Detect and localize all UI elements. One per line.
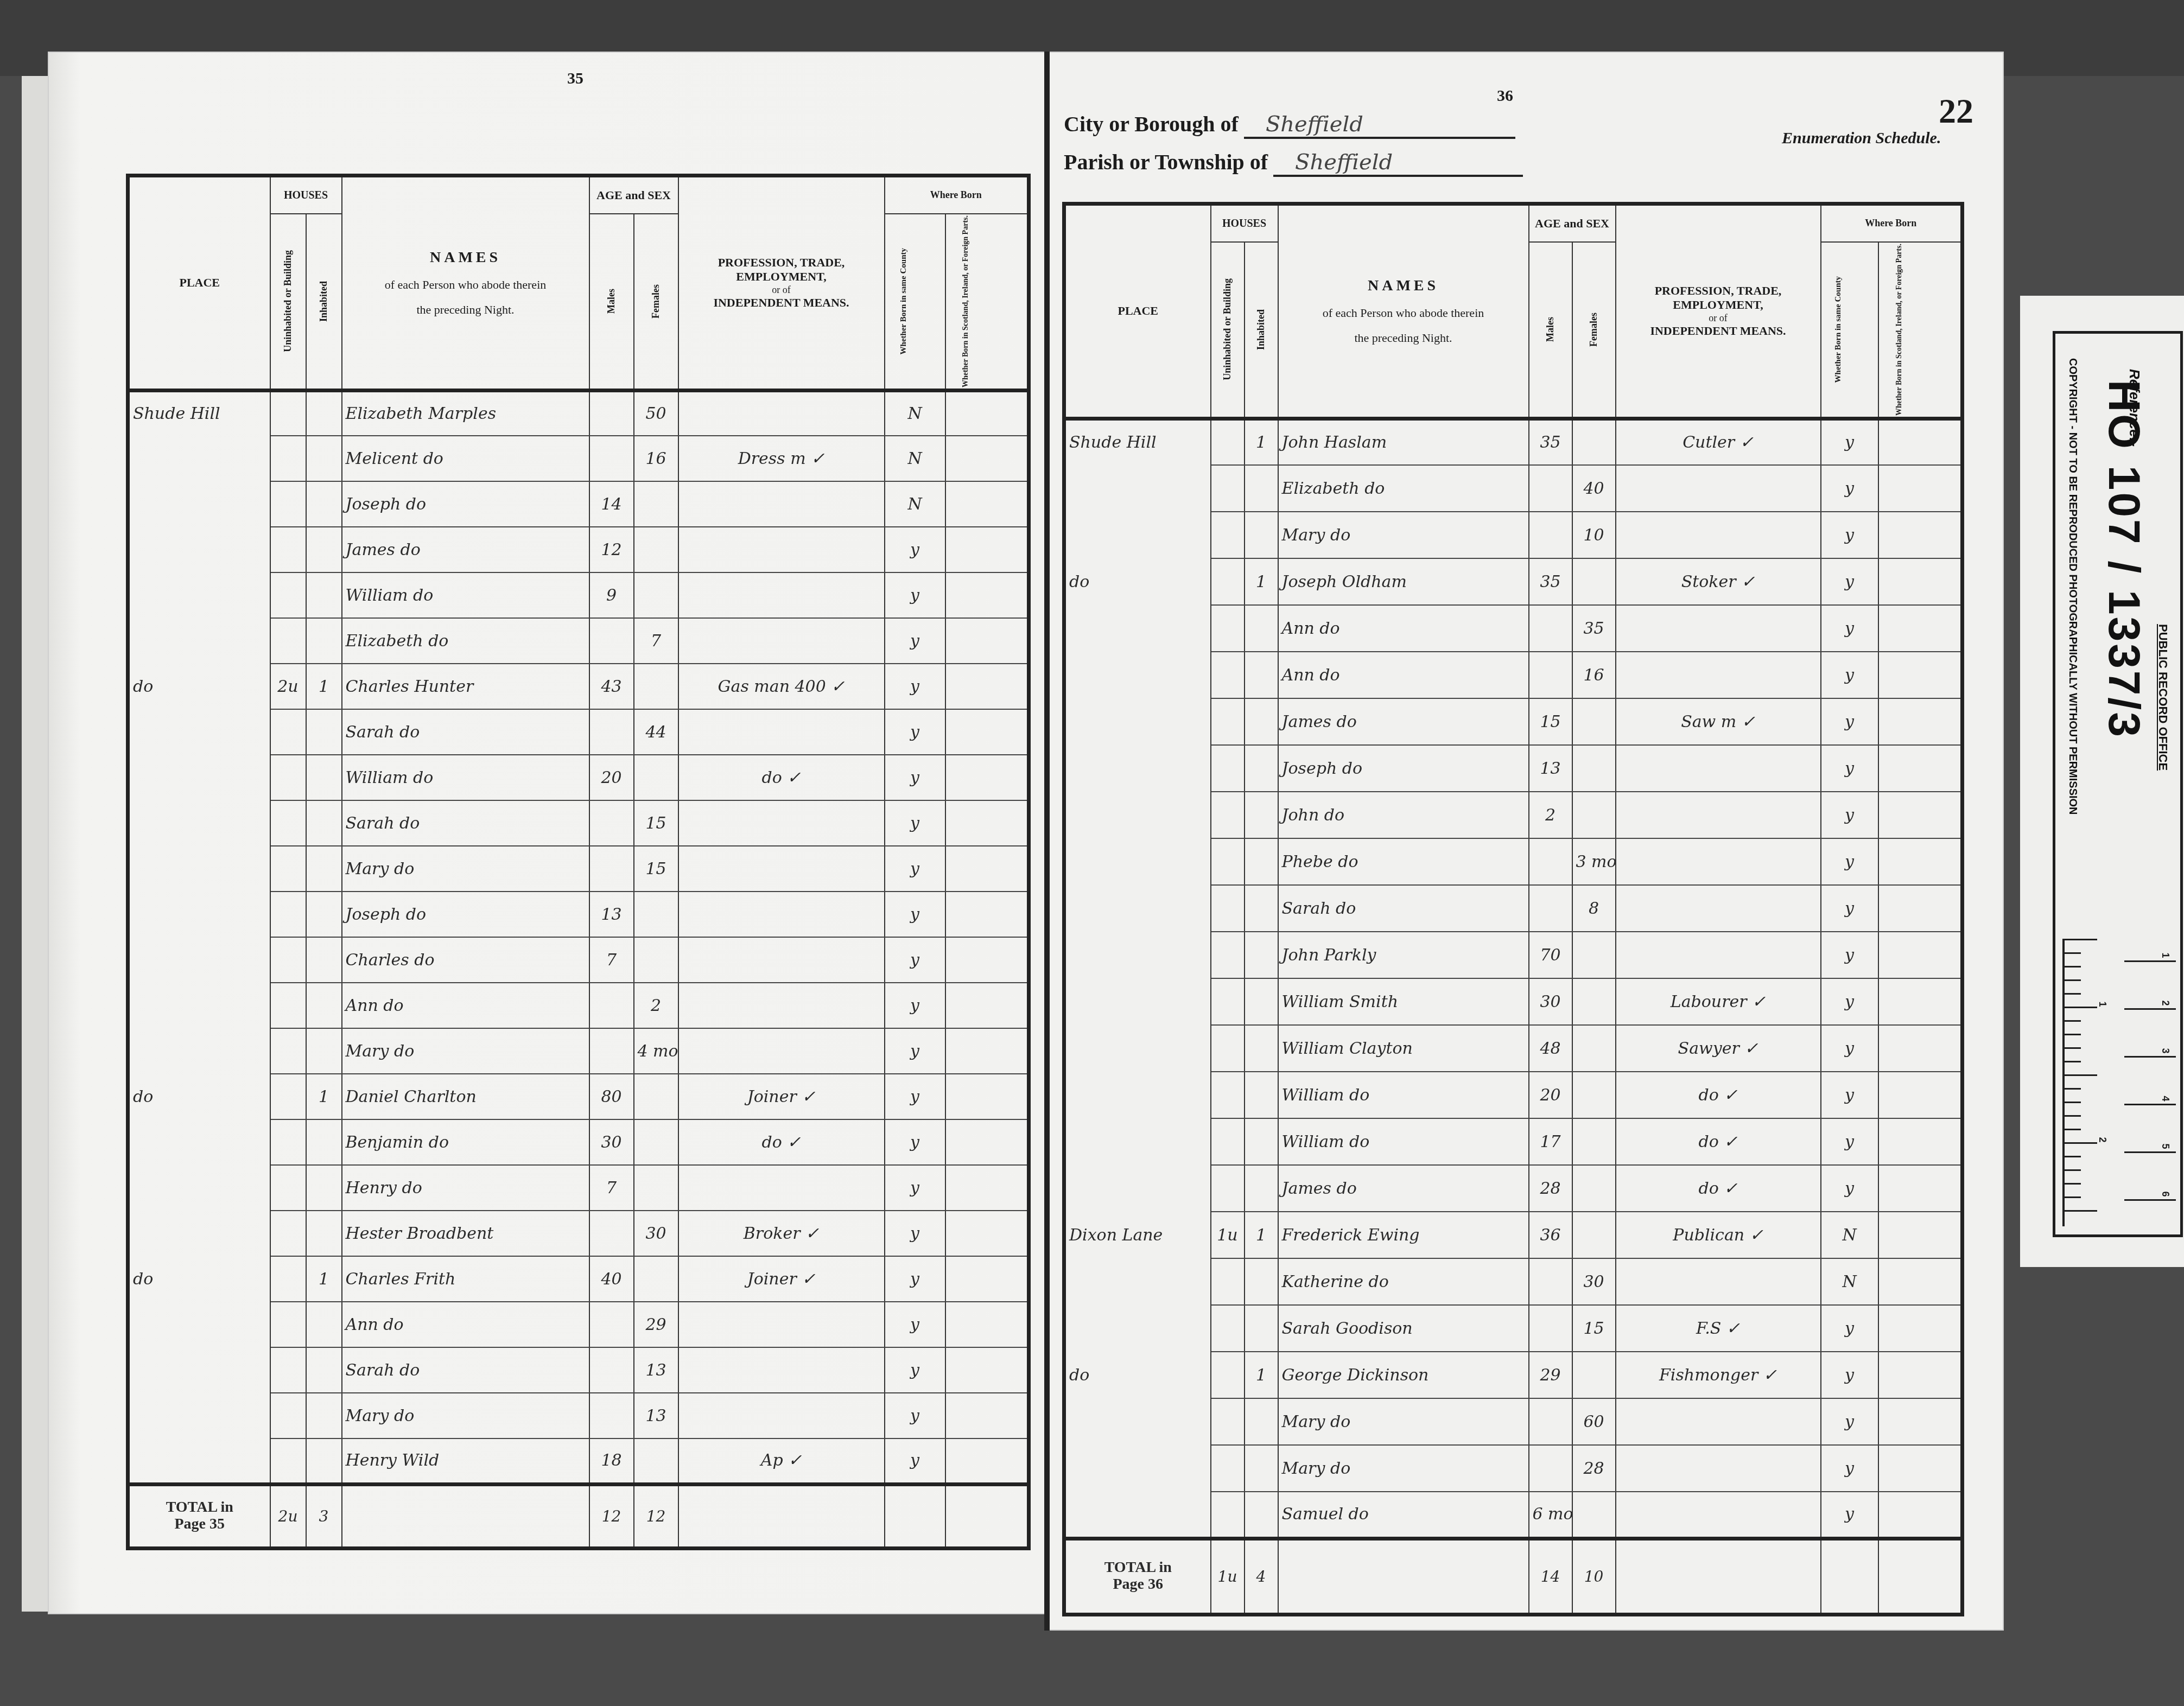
cell-place <box>1064 698 1211 745</box>
cell-place <box>1064 1072 1211 1118</box>
ruler-tick <box>2065 966 2081 967</box>
cell-female <box>634 1119 678 1165</box>
cell-male <box>589 846 634 892</box>
cell-born-abroad <box>945 1165 1029 1211</box>
ruler-cm-label: 5 <box>2160 1143 2171 1149</box>
page-number-left: 35 <box>567 69 583 88</box>
schedule-label: Enumeration Schedule. <box>1782 129 1941 148</box>
cell-uninhabited: 2u <box>270 664 306 709</box>
total-born-abroad-blank <box>945 1484 1029 1548</box>
cell-male: 36 <box>1529 1212 1572 1258</box>
cell-uninhabited <box>1211 465 1245 512</box>
cell-profession: Saw m ✓ <box>1616 698 1821 745</box>
cell-place <box>128 709 270 755</box>
cell-place <box>1064 792 1211 838</box>
cell-profession: Labourer ✓ <box>1616 978 1821 1025</box>
cell-name: Sarah Goodison <box>1278 1305 1529 1352</box>
cell-female <box>634 1074 678 1119</box>
cell-born-county: y <box>885 755 945 800</box>
cell-born-county: y <box>885 1028 945 1074</box>
cell-inhabited <box>306 1302 342 1347</box>
cell-born-abroad <box>1878 1258 1963 1305</box>
cell-profession <box>678 709 885 755</box>
cell-female: 30 <box>634 1211 678 1256</box>
scotland-label: Whether Born in Scotland, Ireland, or Fo… <box>962 215 1011 387</box>
city-borough-line: City or Borough of Sheffield <box>1064 111 1515 139</box>
census-row: Mary do15y <box>128 846 1029 892</box>
cell-male: 28 <box>1529 1165 1572 1212</box>
females-label: Females <box>1588 313 1600 347</box>
header-scotland: Whether Born in Scotland, Ireland, or Fo… <box>945 214 1029 391</box>
cell-place: do <box>128 1256 270 1302</box>
cell-uninhabited <box>1211 1492 1245 1538</box>
cell-inhabited: 1 <box>1245 1352 1278 1398</box>
cell-born-county: y <box>885 1393 945 1438</box>
cell-place <box>1064 1398 1211 1445</box>
cell-male <box>589 1393 634 1438</box>
census-row: Joseph do13y <box>1064 745 1963 792</box>
cell-name: Phebe do <box>1278 838 1529 885</box>
cell-profession: Dress m ✓ <box>678 436 885 481</box>
cell-profession: Joiner ✓ <box>678 1256 885 1302</box>
total-males: 14 <box>1529 1538 1572 1614</box>
cell-inhabited <box>306 937 342 983</box>
total-uninhabited: 2u <box>270 1484 306 1548</box>
total-females: 10 <box>1572 1538 1616 1614</box>
cell-born-abroad <box>1878 1445 1963 1492</box>
header-inhabited: Inhabited <box>306 214 342 391</box>
cell-female: 50 <box>634 390 678 436</box>
cell-name: Henry Wild <box>342 1438 589 1484</box>
ruler-tick <box>2065 1210 2097 1212</box>
cell-place: do <box>128 664 270 709</box>
city-value: Sheffield <box>1244 112 1515 139</box>
same-county-label: Whether Born in same County <box>1833 276 1866 383</box>
cell-born-county: y <box>1821 558 1878 605</box>
cell-female: 40 <box>1572 465 1616 512</box>
census-row: James do12y <box>128 527 1029 572</box>
cell-uninhabited <box>1211 698 1245 745</box>
cell-male: 15 <box>1529 698 1572 745</box>
cell-male: 35 <box>1529 558 1572 605</box>
ruler-tick <box>2065 1142 2097 1144</box>
cell-inhabited <box>1245 1492 1278 1538</box>
ruler-cm-line <box>2124 960 2176 962</box>
cell-born-abroad <box>1878 1212 1963 1258</box>
cell-place <box>1064 838 1211 885</box>
cell-place <box>128 572 270 618</box>
cell-name: Charles Frith <box>342 1256 589 1302</box>
cell-born-abroad <box>1878 978 1963 1025</box>
cell-born-abroad <box>1878 698 1963 745</box>
total-inhabited: 3 <box>306 1484 342 1548</box>
census-row: William do17do ✓y <box>1064 1118 1963 1165</box>
total-uninhabited: 1u <box>1211 1538 1245 1614</box>
cell-uninhabited <box>1211 1352 1245 1398</box>
cell-male <box>589 800 634 846</box>
cell-born-county: y <box>885 664 945 709</box>
cell-male <box>1529 512 1572 558</box>
names-sub1: of each Person who abode therein <box>1280 306 1527 320</box>
census-row: do2u1Charles Hunter43Gas man 400 ✓y <box>128 664 1029 709</box>
cell-born-county: y <box>885 1347 945 1393</box>
cell-uninhabited <box>270 846 306 892</box>
header-males: Males <box>589 214 634 391</box>
record-office-label: PUBLIC RECORD OFFICE <box>2156 624 2170 771</box>
cell-inhabited <box>1245 512 1278 558</box>
cell-male <box>1529 885 1572 932</box>
cell-uninhabited <box>1211 1445 1245 1492</box>
cell-place <box>1064 932 1211 978</box>
cell-female: 16 <box>1572 652 1616 698</box>
cell-profession <box>678 937 885 983</box>
cell-uninhabited <box>270 572 306 618</box>
uninhabited-label: Uninhabited or Building <box>1222 278 1234 380</box>
profession-h1: PROFESSION, TRADE, <box>680 256 883 270</box>
cell-inhabited <box>1245 1445 1278 1492</box>
profession-h4: INDEPENDENT MEANS. <box>1617 324 1819 338</box>
cell-place <box>128 436 270 481</box>
inhabited-label: Inhabited <box>318 281 330 322</box>
cell-profession: do ✓ <box>1616 1165 1821 1212</box>
header-profession: PROFESSION, TRADE, EMPLOYMENT, or of IND… <box>678 176 885 391</box>
cell-female <box>1572 698 1616 745</box>
cell-born-county: y <box>885 1165 945 1211</box>
cell-place <box>1064 1492 1211 1538</box>
cell-female <box>1572 978 1616 1025</box>
cell-born-abroad <box>1878 932 1963 978</box>
cell-name: John Parkly <box>1278 932 1529 978</box>
ruler-tick <box>2065 1169 2081 1171</box>
cell-profession <box>1616 1258 1821 1305</box>
cell-born-abroad <box>945 800 1029 846</box>
cell-born-county: N <box>885 436 945 481</box>
total-inhabited: 4 <box>1245 1538 1278 1614</box>
cell-profession: Gas man 400 ✓ <box>678 664 885 709</box>
cell-name: Hester Broadbent <box>342 1211 589 1256</box>
cell-name: Mary do <box>342 846 589 892</box>
cell-name: Sarah do <box>342 709 589 755</box>
cell-name: Mary do <box>342 1393 589 1438</box>
cell-profession <box>678 846 885 892</box>
header-uninhabited: Uninhabited or Building <box>1211 242 1245 419</box>
total-row: TOTAL inPage 361u41410 <box>1064 1538 1963 1614</box>
cell-born-abroad <box>945 1074 1029 1119</box>
cell-female <box>1572 792 1616 838</box>
cell-name: Ann do <box>342 1302 589 1347</box>
cell-female: 30 <box>1572 1258 1616 1305</box>
census-table-right: PLACE HOUSES NAMES of each Person who ab… <box>1062 202 1964 1616</box>
cell-female <box>1572 1165 1616 1212</box>
cell-born-abroad <box>1878 745 1963 792</box>
cell-profession <box>1616 605 1821 652</box>
cell-place <box>128 1028 270 1074</box>
cell-profession <box>678 1028 885 1074</box>
cell-profession <box>678 800 885 846</box>
cell-born-abroad <box>1878 1305 1963 1352</box>
cell-name: Charles do <box>342 937 589 983</box>
cell-male <box>1529 1398 1572 1445</box>
cell-uninhabited <box>1211 418 1245 465</box>
ruler-tick <box>2065 979 2081 981</box>
cell-uninhabited <box>1211 512 1245 558</box>
cell-inhabited: 1 <box>1245 1212 1278 1258</box>
cell-inhabited <box>306 755 342 800</box>
cell-profession: Broker ✓ <box>678 1211 885 1256</box>
cell-female: 10 <box>1572 512 1616 558</box>
census-row: William Clayton48Sawyer ✓y <box>1064 1025 1963 1072</box>
cell-inhabited <box>306 1393 342 1438</box>
cell-profession <box>678 481 885 527</box>
total-label-line2: Page 35 <box>133 1516 266 1533</box>
cell-place <box>128 1119 270 1165</box>
cell-male: 12 <box>589 527 634 572</box>
cell-born-county: y <box>1821 698 1878 745</box>
census-row: do1George Dickinson29Fishmonger ✓y <box>1064 1352 1963 1398</box>
cell-born-abroad <box>945 892 1029 937</box>
cell-uninhabited <box>270 937 306 983</box>
cell-uninhabited <box>1211 1398 1245 1445</box>
ruler-tick <box>2065 1183 2081 1185</box>
cell-female <box>634 664 678 709</box>
census-row: Mary do10y <box>1064 512 1963 558</box>
ruler-cm-label: 4 <box>2160 1096 2171 1101</box>
cell-female <box>1572 558 1616 605</box>
cell-born-county: y <box>1821 932 1878 978</box>
total-label: TOTAL inPage 36 <box>1064 1538 1211 1614</box>
cell-name: Melicent do <box>342 436 589 481</box>
cell-profession <box>1616 652 1821 698</box>
cell-born-abroad <box>945 1119 1029 1165</box>
cell-male <box>589 390 634 436</box>
scotland-label: Whether Born in Scotland, Ireland, or Fo… <box>1895 244 1944 416</box>
cell-inhabited <box>1245 605 1278 652</box>
cell-inhabited <box>306 481 342 527</box>
cell-born-abroad <box>945 1302 1029 1347</box>
cell-place: Dixon Lane <box>1064 1212 1211 1258</box>
cell-name: George Dickinson <box>1278 1352 1529 1398</box>
cell-name: Ann do <box>1278 605 1529 652</box>
cell-place <box>1064 652 1211 698</box>
cell-name: Mary do <box>342 1028 589 1074</box>
cell-female <box>634 1165 678 1211</box>
cell-name: Elizabeth do <box>342 618 589 664</box>
cell-male: 13 <box>1529 745 1572 792</box>
cell-born-county: y <box>885 1302 945 1347</box>
census-row: Elizabeth do40y <box>1064 465 1963 512</box>
cell-place: do <box>1064 558 1211 605</box>
cell-born-county: y <box>1821 512 1878 558</box>
cell-female: 13 <box>634 1393 678 1438</box>
cell-male <box>589 436 634 481</box>
cell-place <box>1064 745 1211 792</box>
cell-female <box>634 1438 678 1484</box>
cell-inhabited <box>1245 465 1278 512</box>
cell-uninhabited <box>1211 885 1245 932</box>
cell-uninhabited <box>270 1302 306 1347</box>
ruler-tick <box>2065 1088 2081 1090</box>
cell-born-county: y <box>1821 1305 1878 1352</box>
cell-male: 7 <box>589 937 634 983</box>
cell-place <box>128 1302 270 1347</box>
cell-uninhabited <box>1211 838 1245 885</box>
cell-born-abroad <box>945 390 1029 436</box>
cell-male: 29 <box>1529 1352 1572 1398</box>
census-row: Sarah Goodison15F.S ✓y <box>1064 1305 1963 1352</box>
cell-place <box>1064 885 1211 932</box>
cell-place <box>1064 512 1211 558</box>
cell-inhabited <box>306 572 342 618</box>
cell-male <box>589 618 634 664</box>
cell-inhabited: 1 <box>306 664 342 709</box>
census-row: John do2y <box>1064 792 1963 838</box>
cell-profession <box>1616 932 1821 978</box>
cell-inhabited <box>306 1211 342 1256</box>
cell-uninhabited <box>270 481 306 527</box>
census-row: Joseph do13y <box>128 892 1029 937</box>
cell-female: 15 <box>634 800 678 846</box>
cell-born-abroad <box>1878 1072 1963 1118</box>
cell-female: 44 <box>634 709 678 755</box>
cell-uninhabited <box>1211 1025 1245 1072</box>
cell-name: Ann do <box>1278 652 1529 698</box>
cell-name: Daniel Charlton <box>342 1074 589 1119</box>
ruler-cm-line <box>2124 1104 2176 1105</box>
cell-uninhabited <box>270 755 306 800</box>
cell-born-abroad <box>945 436 1029 481</box>
cell-profession <box>678 390 885 436</box>
census-row: Dixon Lane1u1Frederick Ewing36Publican ✓… <box>1064 1212 1963 1258</box>
cell-inhabited: 1 <box>306 1074 342 1119</box>
cell-born-county: y <box>885 1211 945 1256</box>
cell-place <box>1064 1025 1211 1072</box>
cell-inhabited <box>1245 1305 1278 1352</box>
cell-male: 80 <box>589 1074 634 1119</box>
cell-born-county: y <box>1821 838 1878 885</box>
cell-inhabited <box>306 846 342 892</box>
cell-profession <box>678 1347 885 1393</box>
cell-male: 9 <box>589 572 634 618</box>
ruler-cm-line <box>2124 1056 2176 1058</box>
cell-uninhabited <box>1211 932 1245 978</box>
cell-profession <box>678 527 885 572</box>
cell-place <box>128 1165 270 1211</box>
header-where-born: Where Born <box>1821 204 1963 242</box>
census-row: Shude HillElizabeth Marples50N <box>128 390 1029 436</box>
profession-h2: EMPLOYMENT, <box>1617 298 1819 312</box>
cell-uninhabited: 1u <box>1211 1212 1245 1258</box>
cell-profession <box>678 983 885 1028</box>
cell-inhabited <box>1245 838 1278 885</box>
cell-place: do <box>1064 1352 1211 1398</box>
cell-inhabited <box>1245 745 1278 792</box>
cell-uninhabited <box>1211 745 1245 792</box>
cell-female: 15 <box>1572 1305 1616 1352</box>
cell-born-abroad <box>1878 885 1963 932</box>
cell-uninhabited <box>1211 652 1245 698</box>
cell-uninhabited <box>270 1074 306 1119</box>
cell-place <box>1064 978 1211 1025</box>
cell-born-county: N <box>885 481 945 527</box>
cell-profession <box>1616 792 1821 838</box>
cell-inhabited: 1 <box>306 1256 342 1302</box>
page-number-right: 36 <box>1497 87 1513 105</box>
ruler-inch-label: 1 <box>2097 1001 2108 1007</box>
cell-born-abroad <box>945 937 1029 983</box>
header-inhabited: Inhabited <box>1245 242 1278 419</box>
cell-name: James do <box>342 527 589 572</box>
cell-uninhabited <box>1211 978 1245 1025</box>
census-row: Phebe do3 moy <box>1064 838 1963 885</box>
cell-uninhabited <box>270 800 306 846</box>
cell-male: 43 <box>589 664 634 709</box>
same-county-label: Whether Born in same County <box>899 248 931 354</box>
census-row: Benjamin do30do ✓y <box>128 1119 1029 1165</box>
cell-born-county: y <box>885 800 945 846</box>
cell-female: 7 <box>634 618 678 664</box>
census-row: Ann do16y <box>1064 652 1963 698</box>
cell-inhabited <box>1245 1072 1278 1118</box>
cell-male <box>589 1028 634 1074</box>
cell-born-abroad <box>1878 558 1963 605</box>
cell-born-abroad <box>945 1256 1029 1302</box>
cell-inhabited <box>306 800 342 846</box>
cell-profession: do ✓ <box>1616 1072 1821 1118</box>
ruler-cm-label: 3 <box>2160 1048 2171 1053</box>
cell-born-county: y <box>885 983 945 1028</box>
total-born-county-blank <box>885 1484 945 1548</box>
cell-born-county: y <box>1821 1025 1878 1072</box>
cell-profession: do ✓ <box>1616 1118 1821 1165</box>
parish-value: Sheffield <box>1273 150 1523 177</box>
names-title: NAMES <box>1280 277 1527 295</box>
cell-inhabited <box>306 892 342 937</box>
cell-inhabited <box>306 390 342 436</box>
ruler-tick <box>2065 1196 2081 1198</box>
parish-label: Parish or Township of <box>1064 150 1268 174</box>
cell-uninhabited <box>270 1347 306 1393</box>
names-title: NAMES <box>344 249 588 267</box>
city-label: City or Borough of <box>1064 112 1239 136</box>
cell-female: 13 <box>634 1347 678 1393</box>
cell-male <box>1529 838 1572 885</box>
cell-profession <box>678 1165 885 1211</box>
ruler-cm-label: 6 <box>2160 1191 2171 1196</box>
census-row: Shude Hill1John Haslam35Cutler ✓y <box>1064 418 1963 465</box>
cell-born-county: y <box>885 846 945 892</box>
ruler-tick <box>2065 1020 2081 1022</box>
females-label: Females <box>650 284 662 319</box>
ruler-tick <box>2065 993 2081 995</box>
census-row: do1Charles Frith40Joiner ✓y <box>128 1256 1029 1302</box>
ruler-tick <box>2065 1061 2081 1062</box>
cell-male: 48 <box>1529 1025 1572 1072</box>
cell-name: William do <box>1278 1118 1529 1165</box>
census-row: Ann do2y <box>128 983 1029 1028</box>
cell-profession: Fishmonger ✓ <box>1616 1352 1821 1398</box>
cell-born-county: y <box>885 572 945 618</box>
header-names: NAMES of each Person who abode therein t… <box>1278 204 1529 419</box>
cell-female <box>634 572 678 618</box>
cell-profession <box>1616 885 1821 932</box>
ruler-tick <box>2065 939 2097 940</box>
cell-uninhabited <box>270 527 306 572</box>
census-row: Charles do7y <box>128 937 1029 983</box>
cell-name: Elizabeth Marples <box>342 390 589 436</box>
cell-name: Joseph do <box>1278 745 1529 792</box>
cell-uninhabited <box>1211 558 1245 605</box>
ruler-cm-label: 1 <box>2160 952 2171 958</box>
